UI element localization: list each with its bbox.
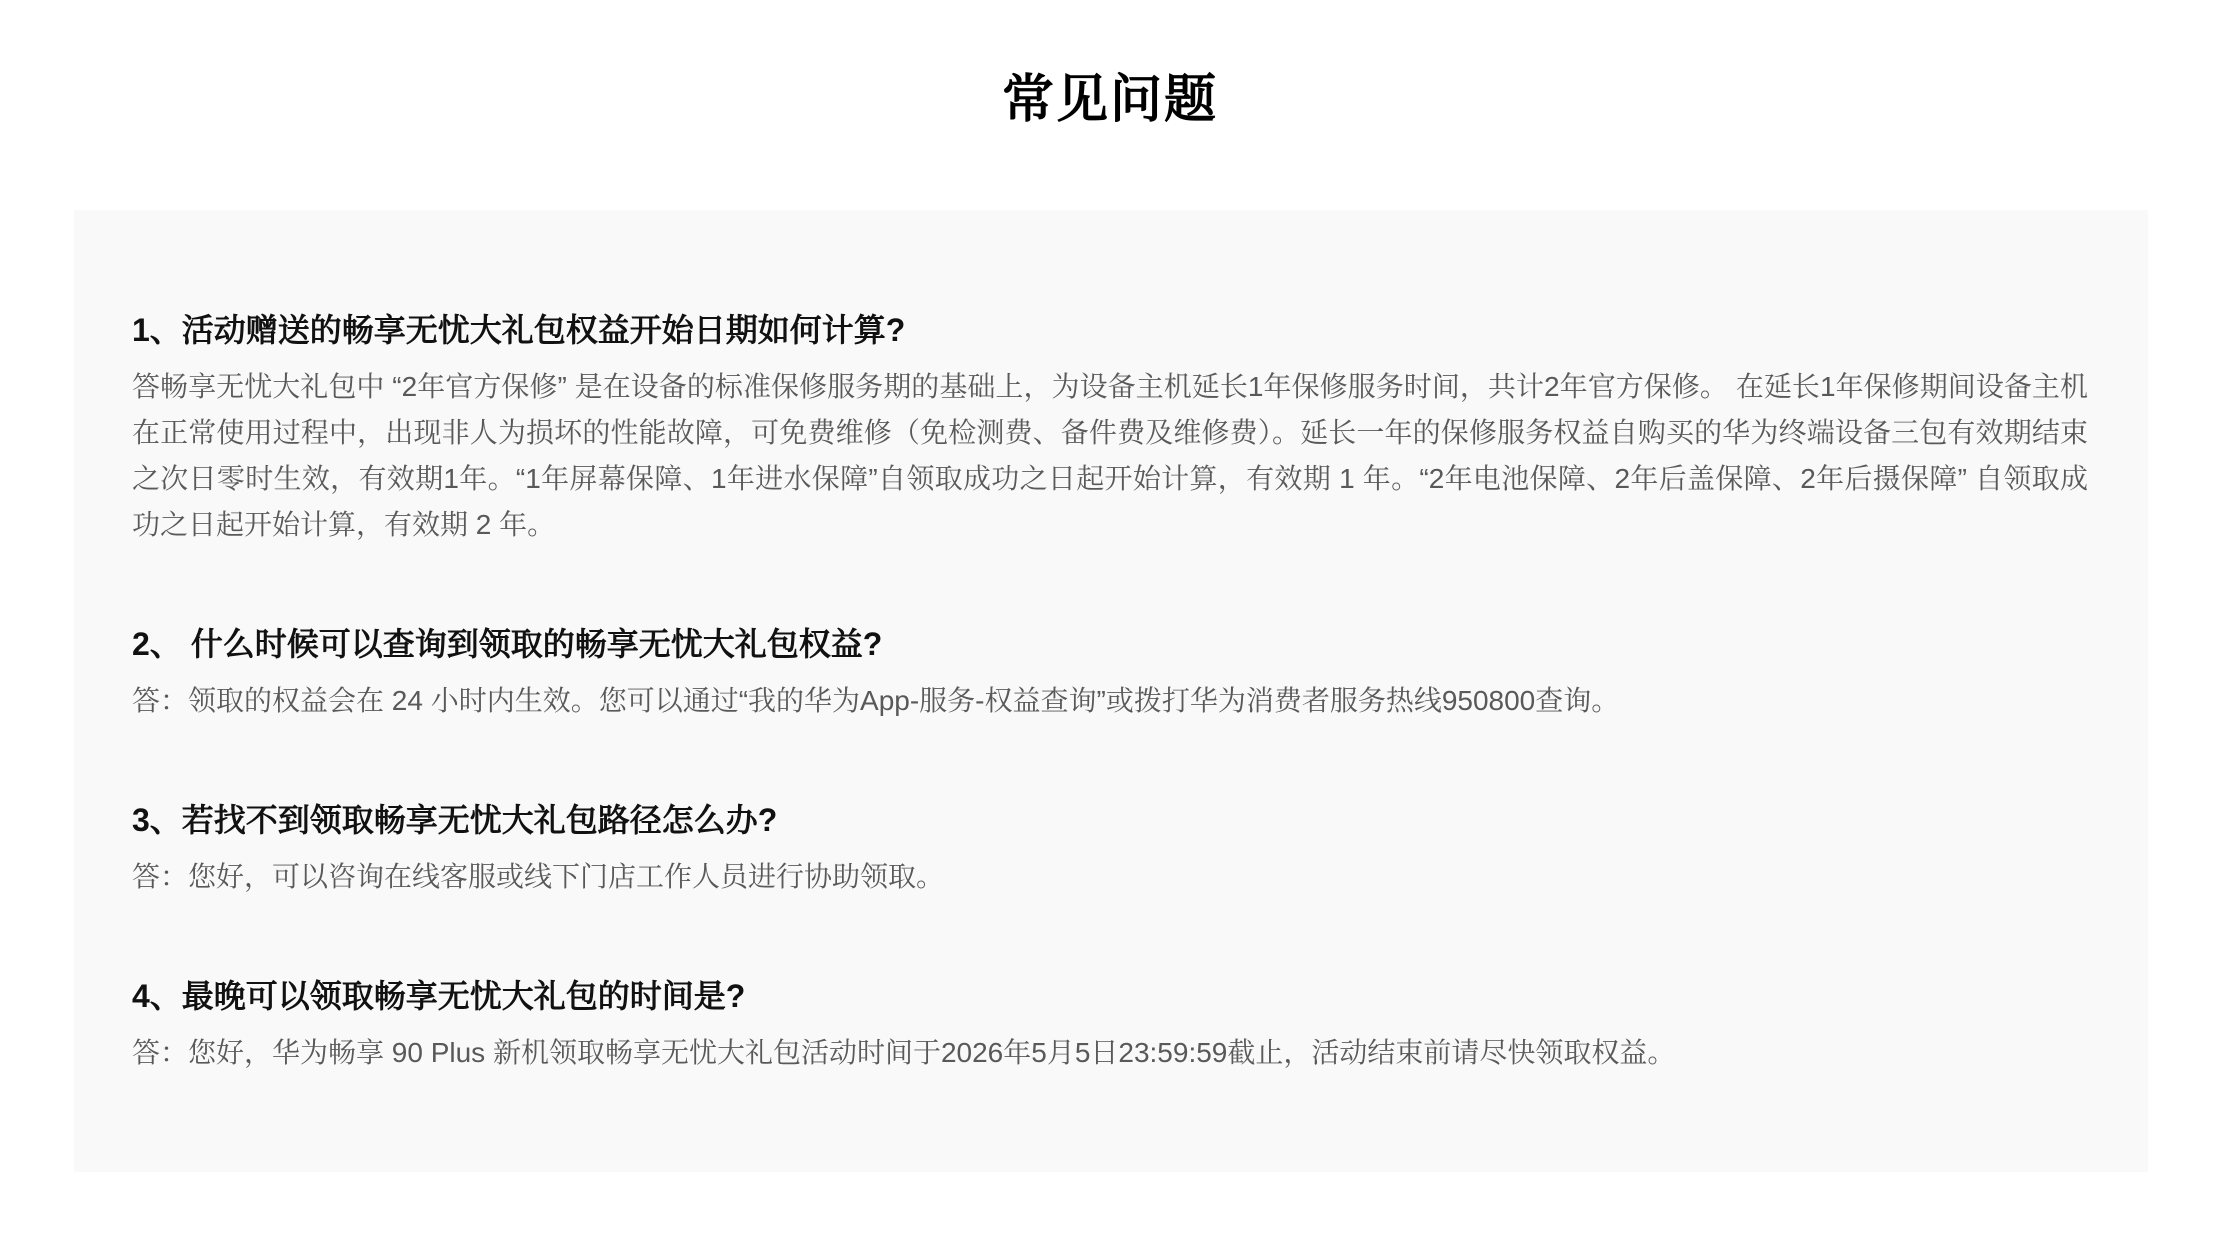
- faq-item-2: 2、 什么时候可以查询到领取的畅享无忧大礼包权益? 答：领取的权益会在 24 小…: [132, 622, 2088, 724]
- faq-answer-4: 答：您好，华为畅享 90 Plus 新机领取畅享无忧大礼包活动时间于2026年5…: [132, 1030, 2088, 1076]
- faq-question-2: 2、 什么时候可以查询到领取的畅享无忧大礼包权益?: [132, 622, 2088, 666]
- faq-item-1: 1、活动赠送的畅享无忧大礼包权益开始日期如何计算? 答畅享无忧大礼包中 “2年官…: [132, 308, 2088, 548]
- faq-question-3: 3、若找不到领取畅享无忧大礼包路径怎么办?: [132, 798, 2088, 842]
- faq-panel: 1、活动赠送的畅享无忧大礼包权益开始日期如何计算? 答畅享无忧大礼包中 “2年官…: [74, 210, 2148, 1172]
- faq-question-4: 4、最晚可以领取畅享无忧大礼包的时间是?: [132, 974, 2088, 1018]
- faq-answer-1: 答畅享无忧大礼包中 “2年官方保修” 是在设备的标准保修服务期的基础上，为设备主…: [132, 364, 2088, 548]
- page-title: 常见问题: [0, 0, 2220, 130]
- faq-question-1: 1、活动赠送的畅享无忧大礼包权益开始日期如何计算?: [132, 308, 2088, 352]
- faq-answer-3: 答：您好，可以咨询在线客服或线下门店工作人员进行协助领取。: [132, 854, 2088, 900]
- faq-item-4: 4、最晚可以领取畅享无忧大礼包的时间是? 答：您好，华为畅享 90 Plus 新…: [132, 974, 2088, 1076]
- faq-page: 常见问题 1、活动赠送的畅享无忧大礼包权益开始日期如何计算? 答畅享无忧大礼包中…: [0, 0, 2220, 1236]
- faq-item-3: 3、若找不到领取畅享无忧大礼包路径怎么办? 答：您好，可以咨询在线客服或线下门店…: [132, 798, 2088, 900]
- faq-answer-2: 答：领取的权益会在 24 小时内生效。您可以通过“我的华为App-服务-权益查询…: [132, 678, 2088, 724]
